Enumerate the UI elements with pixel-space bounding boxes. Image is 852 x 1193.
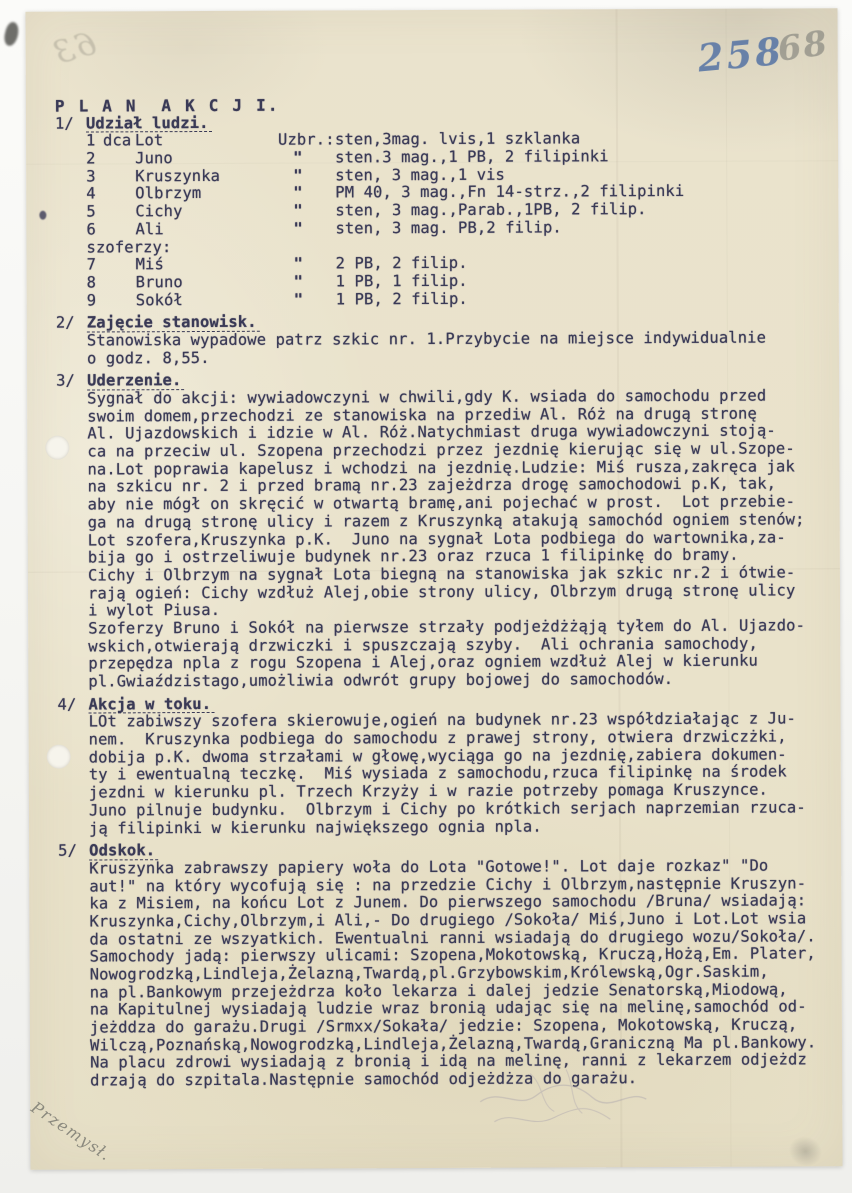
roster-armament: sten, 3 mag. PB,2 filip. — [335, 218, 827, 238]
roster-name: Juno — [135, 150, 278, 168]
section-heading: Udział ludzi. — [86, 115, 212, 133]
roster-armament: sten.3 mag.,1 PB, 2 filipinki — [335, 147, 827, 167]
document-page: 63 258 68 P L A N A K C J I. 1/Udział lu… — [25, 8, 842, 1170]
ink-dot — [39, 211, 46, 220]
roster-number: 2 — [86, 151, 103, 169]
roster-name: Ali — [135, 220, 278, 238]
section-number: 4/ — [57, 696, 88, 714]
roster-armament: 2 PB, 2 filip. — [336, 253, 828, 273]
handwritten-page-number-blue: 258 — [696, 29, 786, 81]
typed-line: ją filipinki w kierunku największego ogn… — [89, 817, 830, 838]
roster-ditto-mark: " — [278, 185, 335, 203]
typed-line: drzają do szpitala.Następnie samochód od… — [90, 1069, 831, 1090]
roster-role: dca — [103, 133, 135, 151]
roster-role — [103, 168, 135, 186]
scan-background: 63 258 68 P L A N A K C J I. 1/Udział lu… — [0, 0, 852, 1193]
handwritten-signature: Przemysł. — [28, 1098, 115, 1165]
section-heading: Uderzenie. — [87, 372, 184, 390]
roster-role — [103, 203, 135, 221]
roster-role — [104, 256, 136, 274]
roster-role — [104, 292, 136, 310]
roster-ditto-mark: " — [279, 291, 336, 309]
roster-role — [103, 221, 135, 239]
roster-number: 4 — [86, 186, 103, 204]
section-number: 3/ — [56, 373, 87, 391]
roster-ditto-mark: " — [278, 149, 335, 167]
roster-number: 5 — [86, 204, 103, 222]
document-sections: 1/Udział ludzi.1dcaLotUzbr.:sten,3mag. l… — [55, 112, 831, 1090]
roster-role — [104, 274, 136, 292]
roster-armament-label: Uzbr.: — [278, 132, 335, 150]
roster-name: Bruno — [136, 274, 279, 292]
typed-line: Juno pilnuje budynku. Olbrzym i Cichy po… — [89, 799, 830, 820]
roster-number: 1 — [86, 133, 103, 151]
roster-name: Lot — [135, 132, 278, 150]
roster-ditto-mark: " — [279, 256, 336, 274]
section-number: 5/ — [58, 843, 89, 861]
typed-document: P L A N A K C J I. 1/Udział ludzi.1dcaLo… — [55, 94, 831, 1090]
roster-row: 9Sokół"1 PB, 2 filip. — [56, 289, 828, 310]
roster-name: Kruszynka — [135, 167, 278, 185]
handwritten-page-number-pencil: 68 — [775, 23, 832, 70]
roster-row: 6Ali"sten, 3 mag. PB,2 filip. — [55, 218, 827, 239]
roster-ditto-mark: " — [278, 167, 335, 185]
pencil-smudge — [784, 1132, 826, 1172]
roster-number: 7 — [87, 257, 104, 275]
typed-line: rają ogień: Cichy wzdłuż Alej,obie stron… — [88, 582, 829, 603]
typed-line: o godz. 8,55. — [87, 347, 828, 368]
roster-role — [103, 186, 135, 204]
pencil-scribbles — [470, 1059, 700, 1160]
roster-ditto-mark: " — [278, 203, 335, 221]
roster-role — [103, 150, 135, 168]
roster-name: Olbrzym — [135, 185, 278, 203]
typed-line: Stanowiska wypadowe patrz szkic nr. 1.Pr… — [87, 329, 828, 350]
roster-name: Sokół — [136, 291, 279, 309]
roster-ditto-mark: " — [279, 273, 336, 291]
roster-armament: 1 PB, 1 filip. — [336, 271, 828, 291]
roster-armament: sten, 3 mag.,Parab.,1PB, 2 filip. — [335, 200, 827, 220]
roster-number: 3 — [86, 168, 103, 186]
roster-ditto-mark: " — [278, 220, 335, 238]
section-heading: Odskok. — [89, 842, 158, 860]
roster-number: 8 — [87, 274, 104, 292]
section-number: 2/ — [56, 315, 87, 333]
roster-name: Miś — [136, 256, 279, 274]
section-heading: Zajęcie stanowisk. — [87, 314, 260, 332]
bleedthrough-pencil-number: 63 — [47, 24, 101, 73]
roster-number: 9 — [87, 292, 104, 310]
typed-line: pl.Gwiaździstago,umożliwia odwrót grupy … — [88, 670, 829, 691]
section-number: 1/ — [55, 115, 86, 133]
roster-number: 6 — [86, 221, 103, 239]
roster-armament: 1 PB, 2 filip. — [336, 289, 828, 309]
corner-smudge — [2, 21, 20, 47]
roster-name: Cichy — [135, 203, 278, 221]
